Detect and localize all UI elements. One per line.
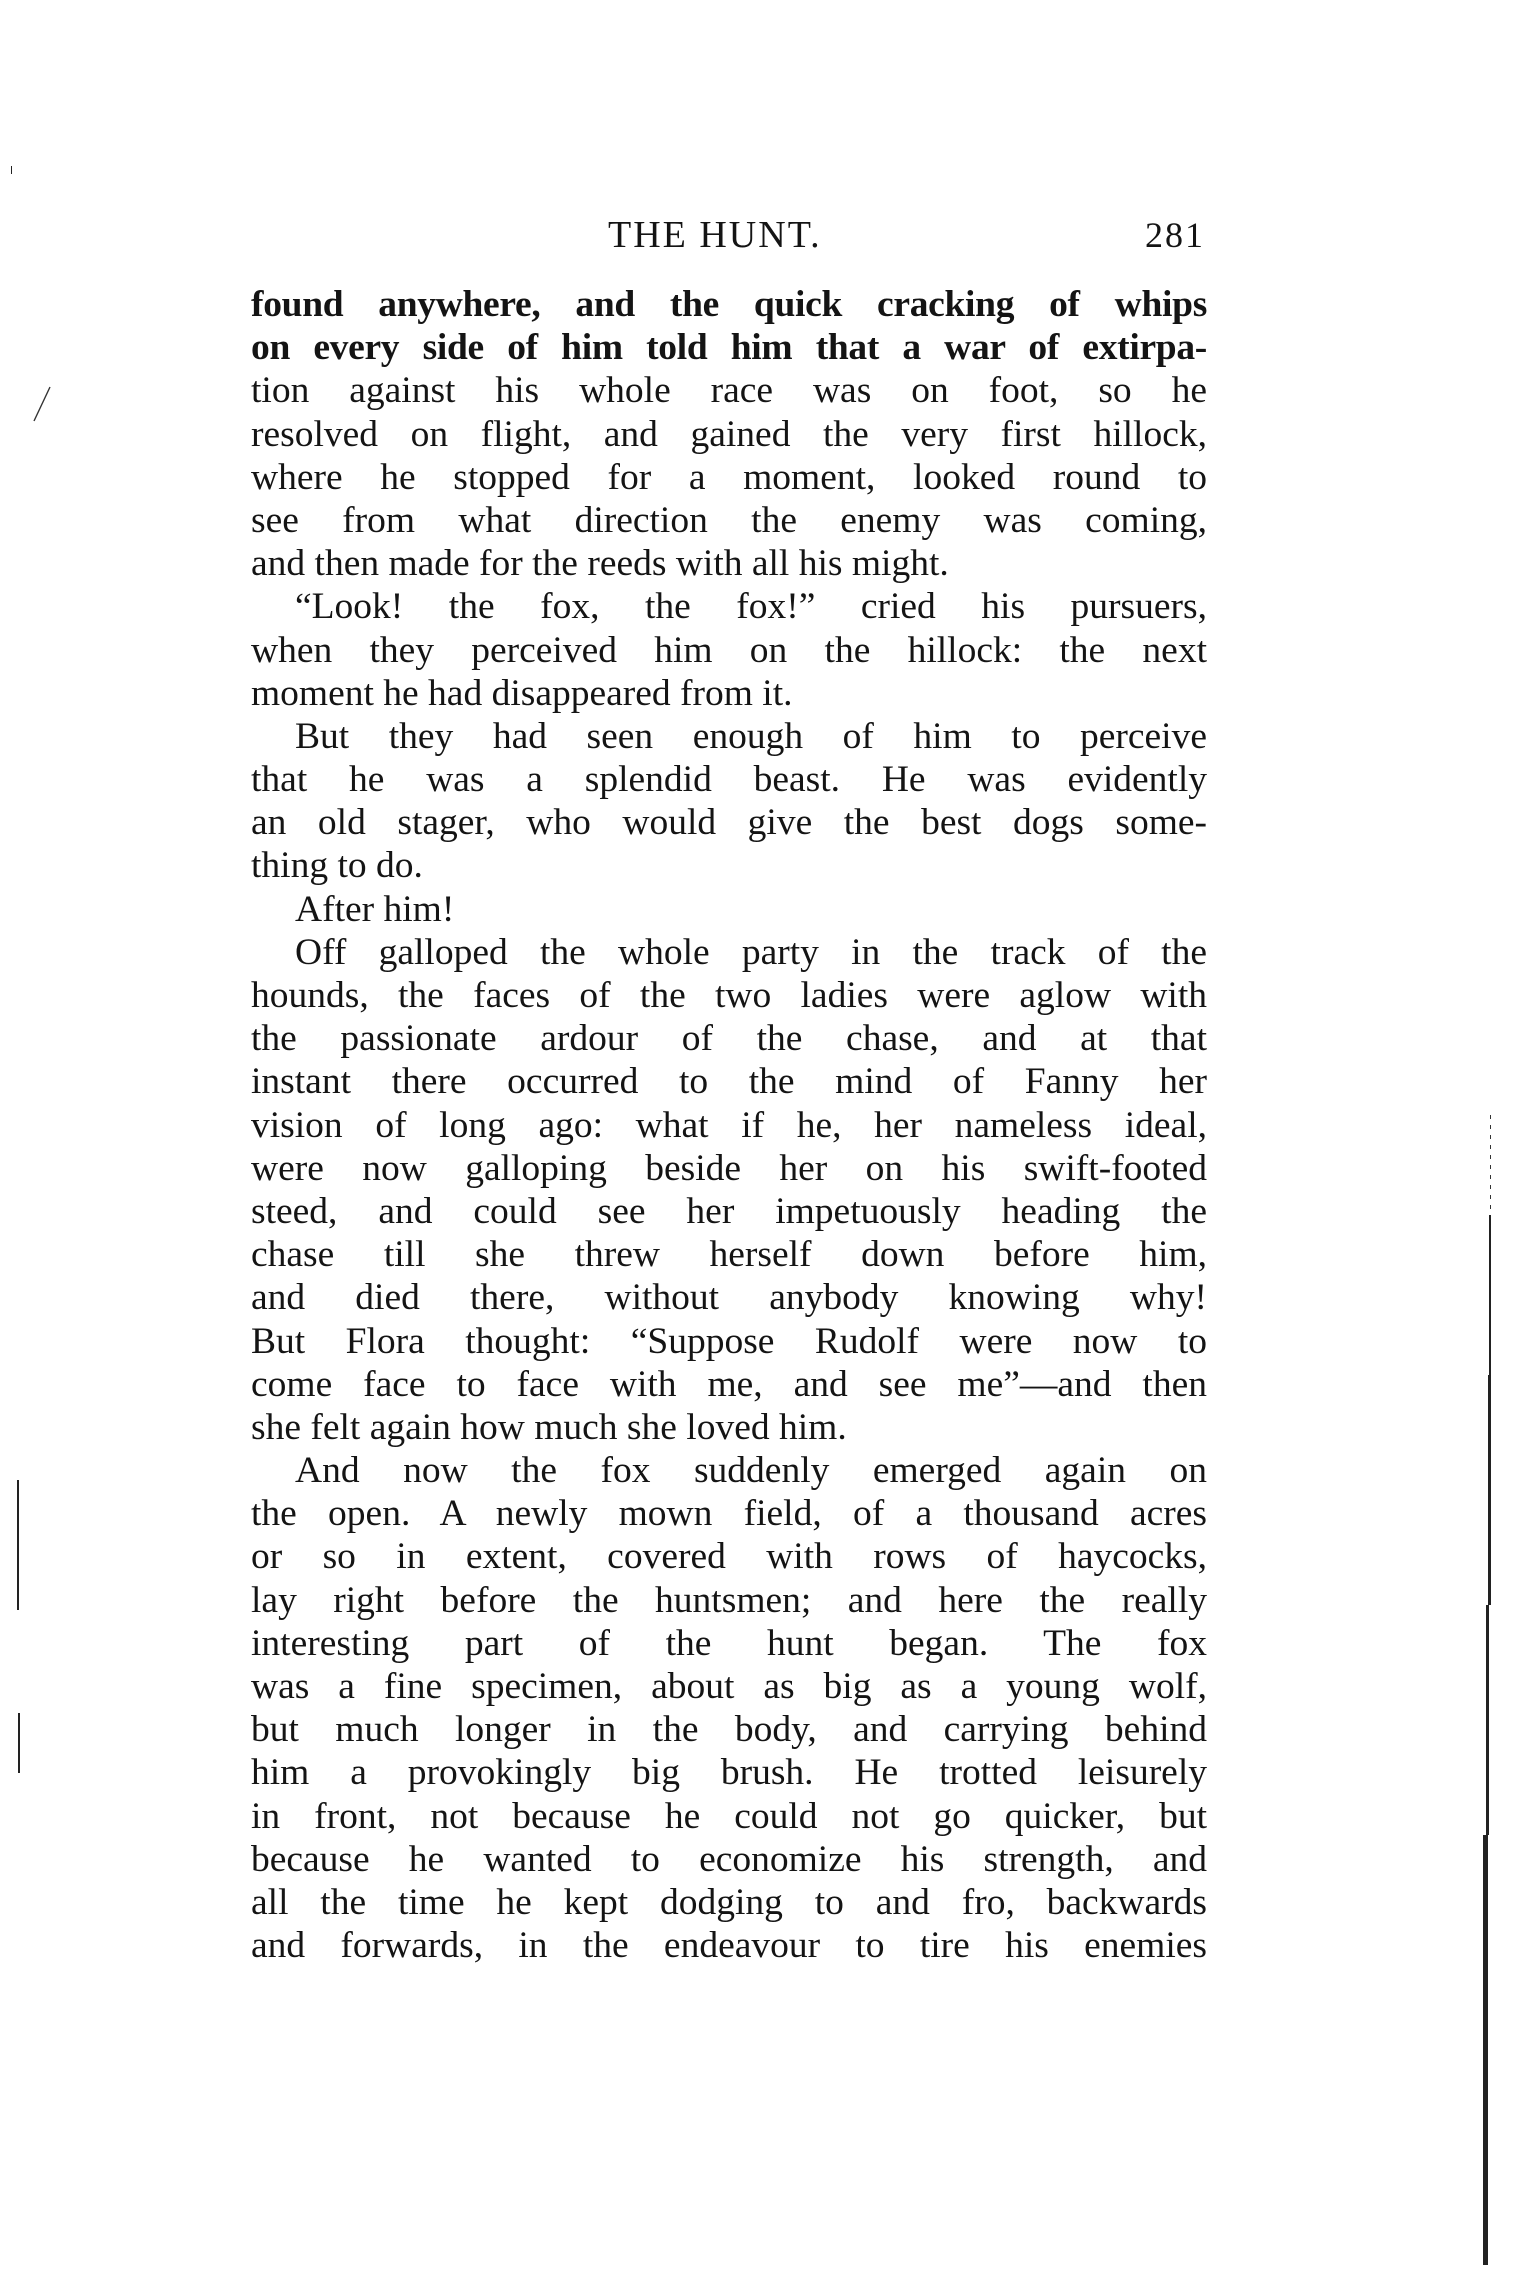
paragraph-start-line: “Look! the fox, the fox!” cried his purs… [251,585,1207,628]
page-number: 281 [1145,210,1205,260]
text-line: an old stager, who would give the best d… [251,801,1207,844]
text-line: she felt again how much she loved him. [251,1406,1207,1449]
text-line: resolved on flight, and gained the very … [251,413,1207,456]
text-line: found anywhere, and the quick cracking o… [251,283,1207,326]
text-line: all the time he kept dodging to and fro,… [251,1881,1207,1924]
right-edge-binding-line [1489,1215,1491,1375]
text-line: on every side of him told him that a war… [251,326,1207,369]
text-line: that he was a splendid beast. He was evi… [251,758,1207,801]
body-text: found anywhere, and the quick cracking o… [251,283,1207,1967]
text-line: or so in extent, covered with rows of ha… [251,1535,1207,1578]
text-line: moment he had disappeared from it. [251,672,1207,715]
left-margin-mark [18,1713,20,1773]
text-line: when they perceived him on the hillock: … [251,629,1207,672]
paragraph-start-line: And now the fox suddenly emerged again o… [251,1449,1207,1492]
text-line: see from what direction the enemy was co… [251,499,1207,542]
paragraph-start-line: But they had seen enough of him to perce… [251,715,1207,758]
text-line: and died there, without anybody knowing … [251,1276,1207,1319]
text-line: him a provokingly big brush. He trotted … [251,1751,1207,1794]
text-line: the passionate ardour of the chase, and … [251,1017,1207,1060]
running-head: THE HUNT. 281 [250,210,1205,260]
left-margin-tick [11,166,12,174]
text-line: and then made for the reeds with all his… [251,542,1207,585]
text-line: in front, not because he could not go qu… [251,1795,1207,1838]
text-line: because he wanted to economize his stren… [251,1838,1207,1881]
text-line: come face to face with me, and see me”—a… [251,1363,1207,1406]
paragraph-start-line: Off galloped the whole party in the trac… [251,931,1207,974]
text-line: thing to do. [251,844,1207,887]
right-edge-binding-line [1483,1835,1488,2265]
running-title: THE HUNT. [608,210,822,260]
text-line: interesting part of the hunt began. The … [251,1622,1207,1665]
text-line: But Flora thought: “Suppose Rudolf were … [251,1320,1207,1363]
text-line: and forwards, in the endeavour to tire h… [251,1924,1207,1967]
pencil-slash-mark [30,385,54,425]
text-line: was a fine specimen, about as big as a y… [251,1665,1207,1708]
text-line: lay right before the huntsmen; and here … [251,1579,1207,1622]
text-line: chase till she threw herself down before… [251,1233,1207,1276]
text-line: hounds, the faces of the two ladies were… [251,974,1207,1017]
text-line: were now galloping beside her on his swi… [251,1147,1207,1190]
text-line: instant there occurred to the mind of Fa… [251,1060,1207,1103]
paragraph-start-line: After him! [251,888,1207,931]
right-edge-dashes [1490,1115,1491,1215]
text-line: vision of long ago: what if he, her name… [251,1104,1207,1147]
left-margin-mark [17,1480,19,1610]
text-line: tion against his whole race was on foot,… [251,369,1207,412]
text-line: but much longer in the body, and carryin… [251,1708,1207,1751]
book-page: THE HUNT. 281 found anywhere, and the qu… [0,0,1518,2269]
text-line: where he stopped for a moment, looked ro… [251,456,1207,499]
right-edge-binding-line [1486,1605,1489,1835]
text-line: steed, and could see her impetuously hea… [251,1190,1207,1233]
text-line: the open. A newly mown field, of a thous… [251,1492,1207,1535]
right-edge-binding-line [1488,1375,1491,1605]
